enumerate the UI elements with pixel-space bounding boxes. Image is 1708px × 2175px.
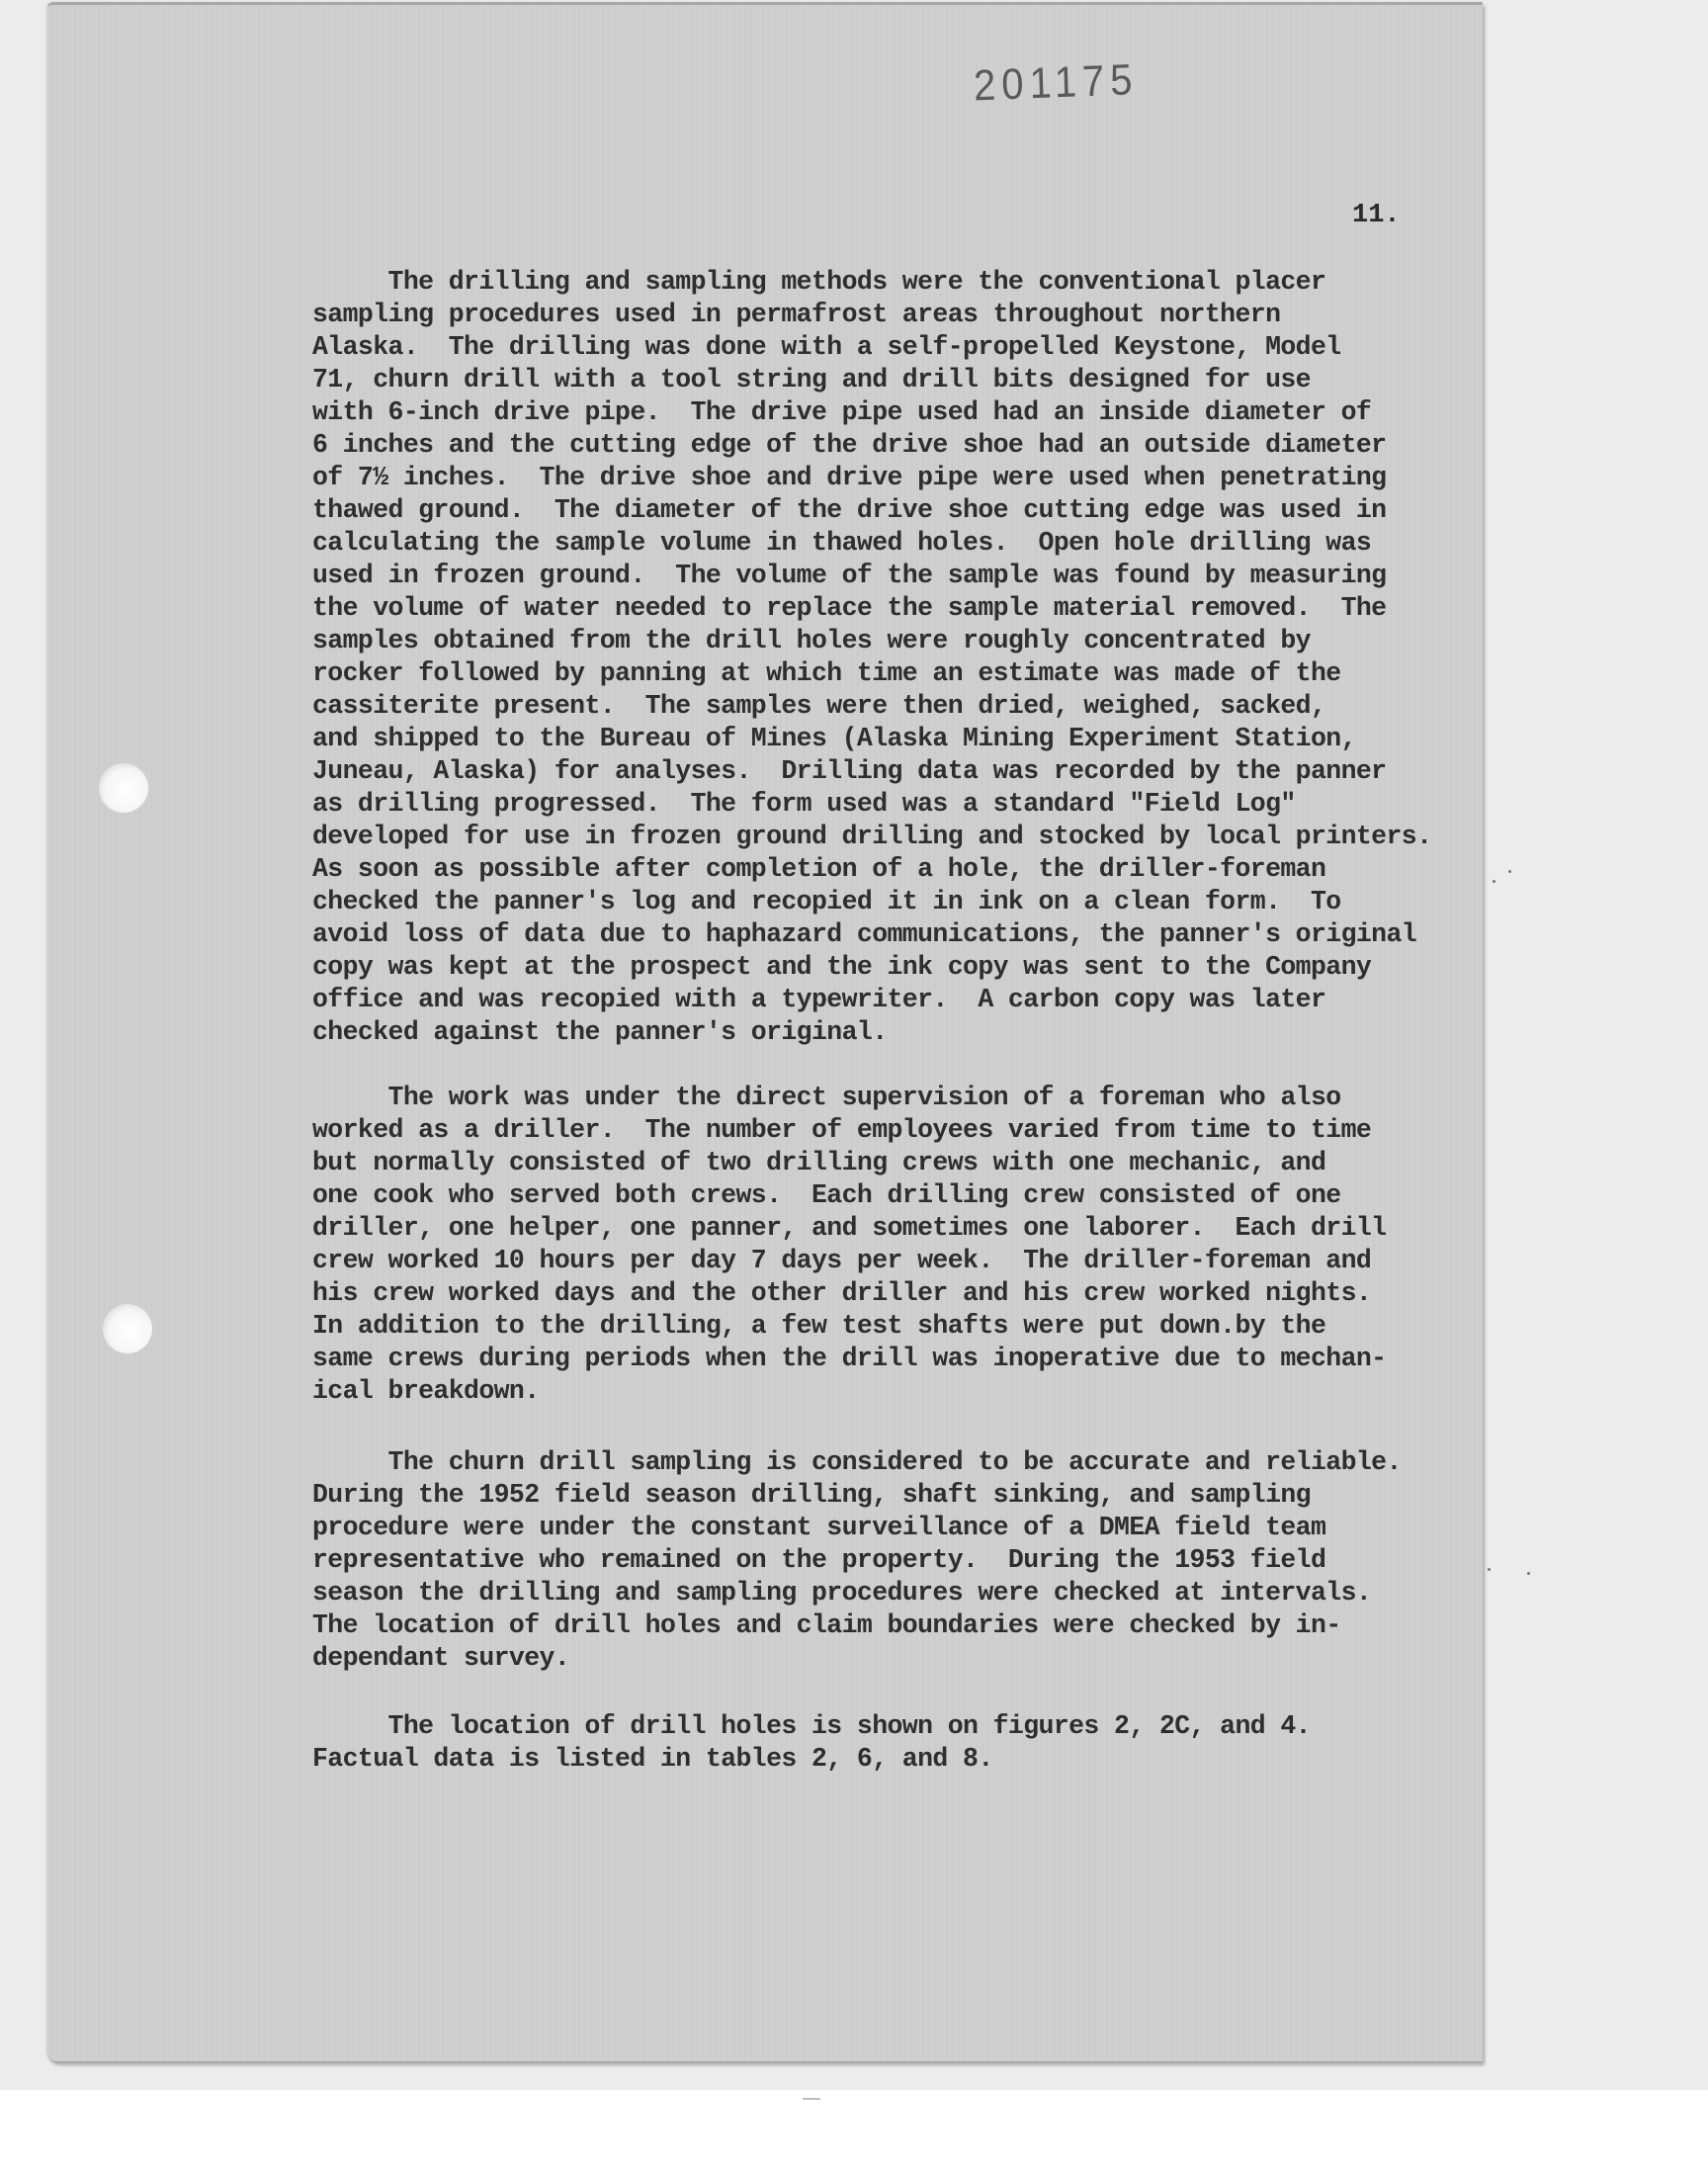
text-line: thawed ground. The diameter of the drive…	[312, 495, 1386, 525]
text-line: but normally consisted of two drilling c…	[312, 1148, 1325, 1177]
text-line: as drilling progressed. The form used wa…	[312, 789, 1296, 819]
text-line: season the drilling and sampling procedu…	[312, 1578, 1371, 1608]
text-line: Factual data is listed in tables 2, 6, a…	[312, 1744, 993, 1774]
text-line: his crew worked days and the other drill…	[312, 1278, 1371, 1308]
text-line: and shipped to the Bureau of Mines (Alas…	[312, 724, 1356, 753]
text-line: The drilling and sampling methods were t…	[312, 267, 1325, 297]
text-line: The location of drill holes is shown on …	[312, 1711, 1311, 1741]
text-line: the volume of water needed to replace th…	[312, 593, 1386, 623]
text-line: ical breakdown.	[312, 1376, 540, 1406]
scan-speck	[1527, 1572, 1530, 1575]
text-line: crew worked 10 hours per day 7 days per …	[312, 1246, 1371, 1275]
text-line: 6 inches and the cutting edge of the dri…	[312, 430, 1386, 460]
text-line: Alaska. The drilling was done with a sel…	[312, 332, 1341, 362]
text-line: avoid loss of data due to haphazard comm…	[312, 919, 1416, 949]
punch-hole-bottom	[103, 1304, 152, 1353]
text-line: dependant survey.	[312, 1643, 569, 1673]
text-line: checked against the panner's original.	[312, 1017, 888, 1047]
text-line: calculating the sample volume in thawed …	[312, 528, 1371, 558]
page-number: 11.	[1352, 201, 1401, 230]
scan-speck	[1508, 870, 1511, 873]
text-line: developed for use in frozen ground drill…	[312, 822, 1431, 851]
text-line: During the 1952 field season drilling, s…	[312, 1480, 1311, 1510]
document-stamp-number: 201175	[973, 56, 1139, 112]
text-line: cassiterite present. The samples were th…	[312, 691, 1325, 721]
scan-speck	[1488, 1568, 1491, 1571]
text-line: rocker followed by panning at which time…	[312, 658, 1341, 688]
text-line: of 7½ inches. The drive shoe and drive p…	[312, 463, 1386, 492]
text-line: used in frozen ground. The volume of the…	[312, 561, 1386, 590]
text-line: one cook who served both crews. Each dri…	[312, 1180, 1341, 1210]
text-line: same crews during periods when the drill…	[312, 1344, 1386, 1373]
text-line: The churn drill sampling is considered t…	[312, 1447, 1402, 1477]
text-line: copy was kept at the prospect and the in…	[312, 952, 1371, 982]
text-line: office and was recopied with a typewrite…	[312, 985, 1325, 1014]
text-line: Juneau, Alaska) for analyses. Drilling d…	[312, 756, 1386, 786]
text-line: worked as a driller. The number of emplo…	[312, 1115, 1371, 1145]
scan-speck	[1493, 880, 1495, 883]
text-line: checked the panner's log and recopied it…	[312, 887, 1341, 916]
text-line: 71, churn drill with a tool string and d…	[312, 365, 1311, 394]
text-line: The work was under the direct supervisio…	[312, 1083, 1341, 1112]
text-line: driller, one helper, one panner, and som…	[312, 1213, 1386, 1243]
text-line: The location of drill holes and claim bo…	[312, 1610, 1341, 1640]
scan-edge-mark	[803, 2098, 820, 2100]
punch-hole-top	[99, 763, 148, 813]
text-line: In addition to the drilling, a few test …	[312, 1311, 1325, 1341]
text-line: with 6-inch drive pipe. The drive pipe u…	[312, 397, 1371, 427]
text-line: As soon as possible after completion of …	[312, 854, 1325, 884]
text-line: procedure were under the constant survei…	[312, 1513, 1325, 1542]
text-line: sampling procedures used in permafrost a…	[312, 300, 1280, 329]
text-line: samples obtained from the drill holes we…	[312, 626, 1311, 655]
text-line: representative who remained on the prope…	[312, 1545, 1325, 1575]
